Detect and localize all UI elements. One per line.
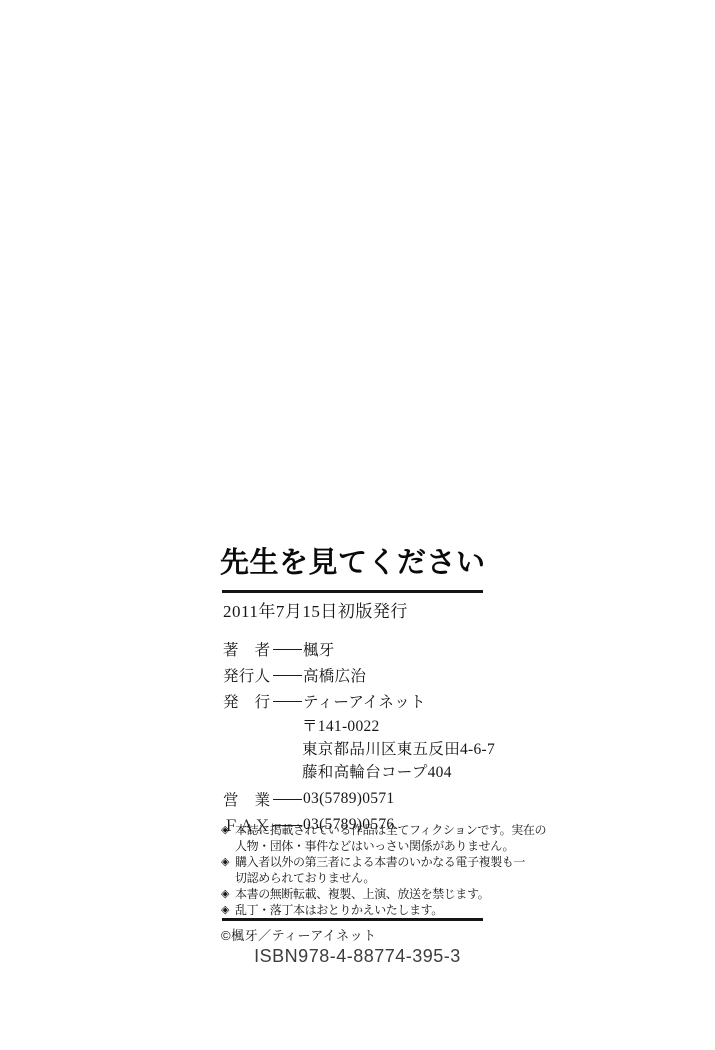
colophon-row-value: ティーアイネット: [302, 690, 426, 712]
diamond-bullet-icon: ◈: [221, 886, 235, 902]
colophon-page: 先生を見てください 2011年7月15日初版発行 著 者 楓牙 発行人 高橋広治…: [0, 0, 715, 1050]
notice-text: 切認められておりません。: [235, 870, 375, 886]
diamond-bullet-icon: [221, 838, 235, 854]
book-title: 先生を見てください: [220, 540, 486, 581]
copyright-line: ©楓牙／ティーアイネット: [221, 925, 377, 944]
notice-text: 乱丁・落丁本はおとりかえいたします。: [235, 902, 443, 918]
notice-text: 本書の無断転載、複製、上演、放送を禁じます。: [235, 886, 489, 902]
edition-date: 2011年7月15日初版発行: [223, 597, 408, 622]
publisher-address: 〒141-0022 東京都品川区東五反田4-6-7 藤和高輪台コープ404: [302, 714, 495, 786]
notice-text: 本誌に掲載されている作品は全てフィクションです。実在の: [235, 822, 546, 838]
notice-text: 購入者以外の第三者による本書のいかなる電子複製も一: [235, 854, 525, 870]
colophon-row-publisher: 発 行 ティーアイネット: [223, 688, 495, 714]
colophon-row-issuer: 発行人 高橋広治: [223, 662, 495, 688]
colophon-block: 著 者 楓牙 発行人 高橋広治 発 行 ティーアイネット 〒141-0022 東…: [223, 636, 495, 838]
diamond-bullet-icon: ◈: [221, 822, 235, 838]
notice-line: ◈ 本誌に掲載されている作品は全てフィクションです。実在の: [221, 822, 551, 838]
notice-text: 人物・団体・事件などはいっさい関係がありません。: [235, 838, 514, 854]
divider-bottom: [222, 918, 483, 921]
colophon-row-label: 発 行: [223, 690, 273, 712]
diamond-bullet-icon: ◈: [221, 854, 235, 870]
colophon-row-label: 発行人: [223, 664, 273, 686]
colophon-row-author: 著 者 楓牙: [223, 636, 495, 662]
notice-line: ◈ 購入者以外の第三者による本書のいかなる電子複製も一: [221, 854, 551, 870]
notice-line: ◈ 本書の無断転載、複製、上演、放送を禁じます。: [221, 886, 551, 902]
colophon-row-sales: 営 業 03(5789)0571: [223, 786, 495, 812]
isbn-number: ISBN978-4-88774-395-3: [0, 946, 715, 967]
dash-separator: [273, 649, 302, 650]
diamond-bullet-icon: ◈: [221, 902, 235, 918]
dash-separator: [273, 675, 302, 676]
notice-line: 切認められておりません。: [221, 870, 551, 886]
notice-line: 人物・団体・事件などはいっさい関係がありません。: [221, 838, 551, 854]
notice-line: ◈ 乱丁・落丁本はおとりかえいたします。: [221, 902, 551, 918]
colophon-row-value: 楓牙: [302, 638, 335, 660]
colophon-row-value: 03(5789)0571: [302, 790, 394, 808]
dash-separator: [273, 701, 302, 702]
legal-notices: ◈ 本誌に掲載されている作品は全てフィクションです。実在の 人物・団体・事件など…: [221, 822, 551, 918]
colophon-row-label: 営 業: [223, 788, 273, 810]
colophon-row-label: 著 者: [223, 638, 273, 660]
divider-top: [222, 590, 483, 593]
address-line-1: 東京都品川区東五反田4-6-7: [302, 738, 495, 761]
postal-code: 〒141-0022: [302, 715, 495, 738]
dash-separator: [273, 799, 302, 800]
colophon-row-value: 高橋広治: [302, 664, 366, 686]
address-line-2: 藤和高輪台コープ404: [302, 761, 495, 784]
diamond-bullet-icon: [221, 870, 235, 886]
